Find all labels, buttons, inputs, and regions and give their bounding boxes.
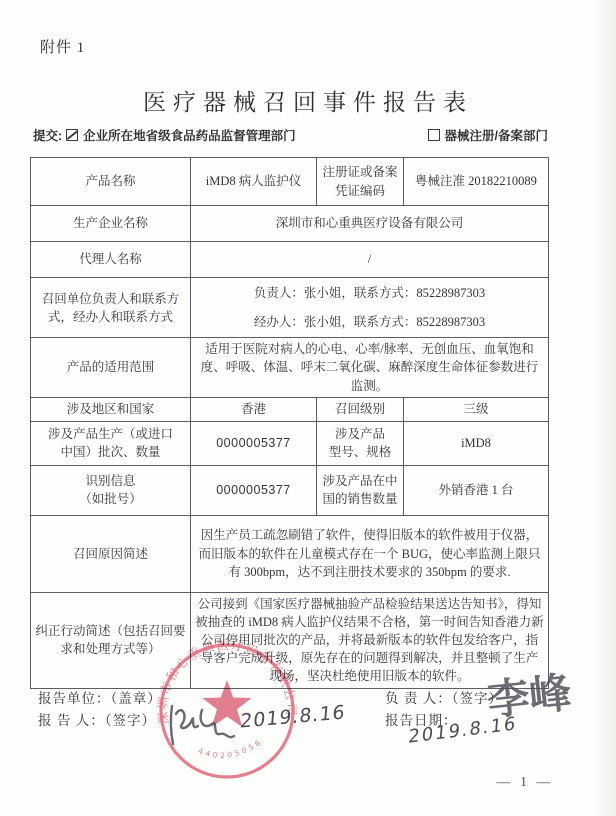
field-label: 注册证或备案 凭证编码: [317, 158, 404, 206]
field-value: /: [191, 242, 549, 278]
field-value: 深圳市和心重典医疗设备有限公司: [191, 206, 549, 242]
document-page: 附件 1 医疗器械召回事件报告表 提交: 企业所在地省级食品药品监督管理部门 器…: [0, 0, 616, 816]
responsible-label: 负 责 人：（签字）: [385, 688, 503, 710]
submit-option-registration: 器械注册/备案部门: [426, 126, 548, 144]
field-value: 0000005377: [191, 465, 317, 515]
field-label: 产品的适用范围: [31, 338, 191, 397]
field-value: 负责人：张小姐，联系方式：85228987303 经办人：张小姐，联系方式：85…: [191, 278, 549, 338]
table-row: 产品名称 iMD8 病人监护仪 注册证或备案 凭证编码 粤械注准 2018221…: [31, 158, 549, 206]
page-number: — 1 —: [470, 775, 580, 791]
table-row: 召回原因简述 因生产员工疏忽刷错了软件，使得旧版本的软件被用于仪器，而旧版本的软…: [31, 515, 549, 592]
table-row: 涉及产品生产（或进口 中国）批次、数量 0000005377 涉及产品 型号、规…: [31, 421, 549, 465]
field-label: 召回原因简述: [31, 515, 191, 592]
table-row: 产品的适用范围 适用于医院对病人的心电、心率/脉率、无创血压、血氧饱和度、呼吸、…: [31, 338, 549, 397]
submit-option-province: 提交: 企业所在地省级食品药品监督管理部门: [33, 126, 296, 144]
report-unit-label: 报告单位：（盖章）: [38, 688, 162, 710]
table-row: 识别信息 （如批号） 0000005377 涉及产品在中 国的销售数量 外销香港…: [31, 465, 549, 515]
checkbox-checked-icon: [66, 129, 78, 141]
checkbox-unchecked-icon: [428, 129, 440, 141]
submit-option2-label: 器械注册/备案部门: [445, 126, 548, 144]
submit-prefix: 提交:: [33, 126, 62, 144]
field-value: 0000005377: [191, 421, 317, 465]
field-label: 召回级别: [317, 397, 404, 421]
field-label: 涉及地区和国家: [31, 397, 191, 421]
field-label: 涉及产品在中 国的销售数量: [317, 465, 404, 515]
field-label: 纠正行动简述（包括召回要 求和处理方式等）: [31, 592, 191, 688]
field-label: 识别信息 （如批号）: [31, 465, 191, 515]
reporter-label: 报 告 人：（签字）: [38, 710, 162, 732]
field-label: 涉及产品生产（或进口 中国）批次、数量: [31, 421, 191, 465]
submit-line: 提交: 企业所在地省级食品药品监督管理部门 器械注册/备案部门: [33, 126, 548, 144]
field-value: iMD8 病人监护仪: [191, 158, 317, 206]
field-value: 外销香港 1 台: [404, 465, 549, 515]
submit-option1-label: 企业所在地省级食品药品监督管理部门: [83, 126, 296, 144]
table-row: 涉及地区和国家 香港 召回级别 三级: [31, 397, 549, 421]
field-label: 生产企业名称: [31, 206, 191, 242]
field-label: 产品名称: [31, 158, 191, 206]
table-row: 召回单位负责人和联系方 式，经办人和联系方式 负责人：张小姐，联系方式：8522…: [31, 278, 549, 338]
stamp-number-text: 440205056: [197, 737, 265, 760]
field-value: 粤械注准 20182210089: [404, 158, 549, 206]
reporter-signature-scribble: [168, 700, 240, 748]
svg-text:440205056: 440205056: [197, 737, 265, 760]
attachment-label: 附件 1: [40, 36, 85, 57]
field-label: 召回单位负责人和联系方 式，经办人和联系方式: [31, 278, 191, 338]
field-value: 香港: [191, 397, 317, 421]
contact-line-responsible: 负责人：张小姐，联系方式：85228987303: [195, 284, 544, 302]
page-title: 医疗器械召回事件报告表: [0, 84, 616, 117]
recall-report-table: 产品名称 iMD8 病人监护仪 注册证或备案 凭证编码 粤械注准 2018221…: [30, 157, 549, 689]
field-value: iMD8: [404, 421, 549, 465]
field-value: 因生产员工疏忽刷错了软件，使得旧版本的软件被用于仪器，而旧版本的软件在儿童模式存…: [191, 515, 549, 592]
table-row: 代理人名称 /: [31, 242, 549, 278]
field-label: 涉及产品 型号、规格: [317, 421, 404, 465]
field-value: 适用于医院对病人的心电、心率/脉率、无创血压、血氧饱和度、呼吸、体温、呼末二氧化…: [191, 338, 549, 397]
field-label: 代理人名称: [31, 242, 191, 278]
contact-line-handler: 经办人：张小姐，联系方式：85228987303: [195, 313, 544, 331]
report-unit-block: 报告单位：（盖章） 报 告 人：（签字）: [38, 688, 162, 732]
reporter-handwritten-date: 2019.8.16: [239, 701, 346, 732]
field-value: 三级: [404, 397, 549, 421]
table-row: 纠正行动简述（包括召回要 求和处理方式等） 公司接到《国家医疗器械抽验产品检验结…: [31, 592, 549, 688]
table-row: 生产企业名称 深圳市和心重典医疗设备有限公司: [31, 206, 549, 242]
